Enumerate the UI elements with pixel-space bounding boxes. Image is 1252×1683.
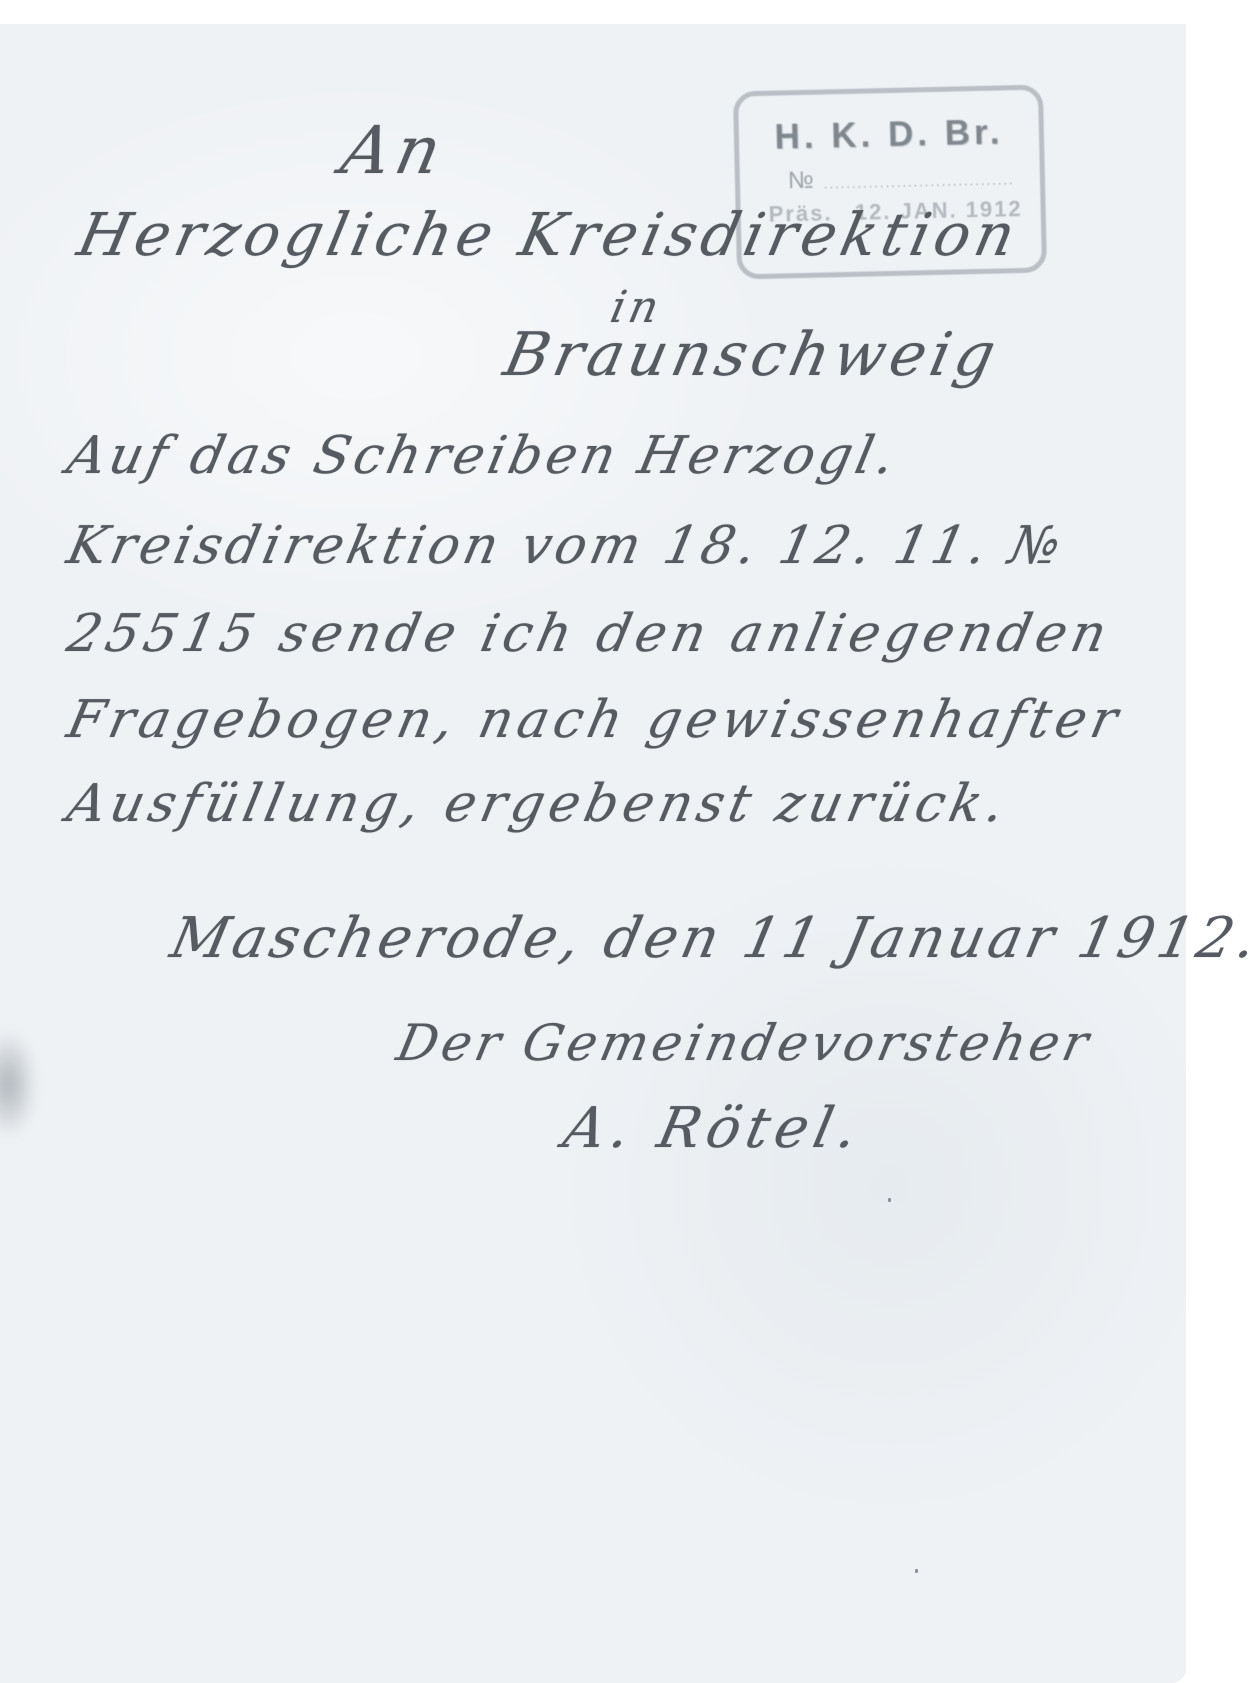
signature: A. Rötel. [558,1096,869,1161]
paper-speck [915,1569,918,1573]
body-line-1: Auf das Schreiben Herzogl. [62,426,904,486]
scanned-letter-page: H. K. D. Br. № .........................… [0,0,1252,1683]
body-line-3: 25515 sende ich den anliegenden [62,604,1117,664]
place-date-line: Mascherode, den 11 Januar 1912. [165,906,1252,971]
body-line-2: Kreisdirektion vom 18. 12. 11. № [62,516,1070,576]
stamp-number-dotted-line: ........................................… [824,170,1014,194]
address-line-recipient: Herzogliche Kreisdirektion [72,200,1026,269]
closing-title-line: Der Gemeindevorsteher [392,1014,1097,1072]
paper-sheet: H. K. D. Br. № .........................… [0,24,1186,1683]
scan-smudge [0,1029,38,1139]
paper-speck [888,1198,891,1202]
stamp-office-abbreviation: H. K. D. Br. [739,112,1040,159]
address-line-an: An [335,112,454,189]
body-line-5: Ausfüllung, ergebenst zurück. [62,774,1015,834]
stamp-number-label: № [788,167,814,196]
address-line-city: Braunschweig [498,320,1006,390]
body-line-4: Fragebogen, nach gewissenhafter [62,690,1128,750]
